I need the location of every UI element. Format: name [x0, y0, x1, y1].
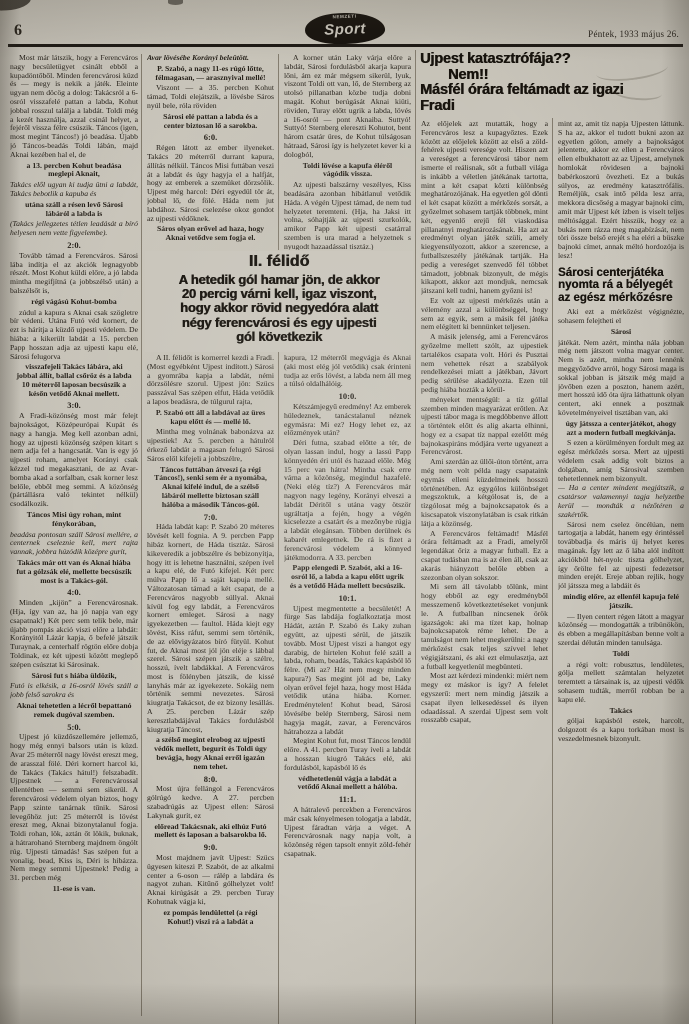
paragraph: Háda labdát kap: P. Szabó 20 méteres löv… [147, 523, 274, 734]
italic-note: — Ha a center mindent megjátszik, a csat… [558, 484, 684, 519]
score-line: 2:0. [10, 241, 138, 250]
bold-note: védhetetlenül vágja a labdát a vetődő Ak… [284, 775, 411, 793]
italic-note: beadása pontosan száll Sárosi mellére, a… [10, 531, 138, 557]
paragraph: Kétszámjegyű eredmény! Az emberek hülede… [284, 403, 411, 438]
paragraph: A másik jelenség, ami a Ferencváros győz… [421, 333, 548, 395]
bold-note: Sárosi fut s hiába üldözik, [10, 672, 138, 681]
column-3-top: A korner után Laky várja előre a labdát,… [284, 54, 411, 250]
headline-line: gól következik [145, 330, 413, 344]
headline-line: Fradi [420, 99, 686, 115]
bold-note: P. Szabó ott áll a labdával az üres kapu… [147, 409, 274, 427]
score-line: 7:0. [147, 513, 274, 522]
masthead-small-text: NEMZETI [332, 14, 356, 20]
paragraph: A II. félidőt is kornerrel kezdi a Fradi… [147, 354, 274, 407]
bold-note: úgy játssza a centerjátékot, ahogy azt a… [558, 420, 684, 438]
score-line: 11:1. [284, 795, 411, 804]
player-name: Toldi [558, 650, 684, 659]
bold-note: Táncos Misi úgy rohan, mint fénykorában, [10, 511, 138, 529]
paragraph: S ezen a körülményen fordult meg az egés… [558, 439, 684, 483]
bold-note: Toldi lövése a kapufa éléről vágódik vis… [284, 162, 411, 180]
paragraph: A korner után Laky várja előre a labdát,… [284, 54, 411, 160]
player-name: Sárosi [558, 328, 684, 337]
bold-note: Sáros olyan erővel ad haza, hogy Aknai v… [147, 225, 274, 243]
italic-note: (Takács jellegzetes tétlen leadását a bí… [10, 220, 138, 238]
column-rule [278, 352, 279, 1024]
paragraph: Ujpest jó küzdőszellemére jellemző, hogy… [10, 733, 138, 883]
paragraph: Régen látott az ember ilyeneket. Takács … [147, 144, 274, 223]
paragraph: — Ilyen centert régen látott a magyar kö… [558, 613, 684, 648]
score-line: 10:1. [284, 594, 411, 603]
paragraph: a régi volt: robusztus, lendületes, gólj… [558, 661, 684, 705]
paragraph: Minden „kijön” a Ferencvárosnak. (Hja, í… [10, 599, 138, 669]
bold-note: P. Szabó, a nagy 11-es rúgó lőtte, félma… [147, 65, 274, 83]
section-kicker: II. félidő [145, 253, 413, 270]
bold-note: Sárosi elé pattan a labda és a center bi… [147, 113, 274, 131]
score-line: 8:0. [147, 775, 274, 784]
column-2-top: Avar lövésébe Korányi beleütött.P. Szabó… [147, 54, 274, 250]
second-half-headline: II. félidő A hetedik gól hamar jön, de a… [145, 251, 413, 352]
bold-note: Aknai tehetetlen a lécről bepattanó reme… [10, 702, 138, 720]
score-line: 4:0. [10, 588, 138, 597]
score-line: 3:0. [10, 401, 138, 410]
paragraph: A hátralevő percekben a Ferencváros már … [284, 806, 411, 859]
masthead-logo: NEMZETI Sport [304, 12, 385, 46]
headline-line: 20 percig várni kell, igaz viszont, [145, 287, 413, 301]
paragraph: Megint Kohut fut, most Táncos lendül elő… [284, 737, 411, 772]
scan-smudge [0, 0, 31, 11]
newspaper-page: 6 NEMZETI Sport Péntek, 1933 május 26. M… [0, 0, 689, 1024]
score-line: 6:0. [147, 133, 274, 142]
bold-italic-note: Avar lövésébe Korányi beleütött. [147, 54, 274, 63]
score-line: 9:0. [147, 843, 274, 852]
paragraph: Sárosi nem cselez öncélúan, nem tartogat… [558, 521, 684, 591]
paragraph: Déri futna, szabad előtte a tér, de olya… [284, 439, 411, 562]
paragraph: góljai kapásból estek, harcolt, dolgozot… [558, 717, 684, 743]
headline-line: négy ferencvárosi és egy ujpesti [145, 316, 413, 330]
bold-note: visszafejeli Takács lábára, aki jobbal á… [10, 363, 138, 398]
column-4: Az előjelek azt mutatták, hogy a Ferencv… [421, 120, 548, 1024]
column-rule [278, 54, 279, 250]
column-1: Most már látszik, hogy a Ferencváros nag… [10, 54, 138, 1020]
paragraph: Ez volt az ujpesti mérkőzés után a vélem… [421, 297, 548, 332]
lead-paragraph: Az előjelek azt mutatták, hogy a Ferencv… [421, 120, 548, 296]
sub-headline: Sárosi centerjátéka nyomta rá a bélyegét… [558, 267, 684, 305]
bold-note: mindig előre, az ellenfél kapuja felé já… [558, 593, 684, 611]
bold-note: régi vágású Kohut-bomba [10, 298, 138, 307]
paragraph: zúdul a kapura s Aknai csak szögletre bí… [10, 309, 138, 362]
player-name: Takács [558, 707, 684, 716]
score-line: 5:0. [10, 723, 138, 732]
page-number: 6 [14, 22, 22, 40]
paragraph: Aki ezt a mérkőzést végignézte, sohasem … [558, 308, 684, 326]
lead-paragraph: játékát. Nem azért, mintha nála jobban m… [558, 339, 684, 418]
column-3-bottom: kapura, 12 méterről megvágja és Aknai (a… [284, 354, 411, 1024]
paragraph: Az ujpesti balszárny veszélyes, Kiss bea… [284, 181, 411, 250]
paragraph: Most újra fellángol a Ferencváros gólrúg… [147, 785, 274, 820]
headline-line: A hetedik gól hamar jön, de akkor [145, 273, 413, 287]
column-rule [415, 50, 416, 1024]
bold-note: Papp elengedi P. Szabót, aki a 16-osról … [284, 564, 411, 590]
lead-paragraph: mint az, amit tíz napja Ujpesten láttunk… [558, 120, 684, 261]
bold-note: Táncos futtában átveszi (a régi Táncos!)… [147, 466, 274, 510]
bold-note: Takács már ott van és Aknai hiába fut a … [10, 559, 138, 585]
bold-note: ez pompás lendülettel (a régi Kohut!) vi… [147, 909, 274, 927]
paragraph: Tovább támad a Ferencváros. Sárosi lába … [10, 252, 138, 296]
paragraph: Most azt kérdezi mindenki: miért nem meg… [421, 672, 548, 725]
bold-note: utána száll a résen levő Sárosi lábáról … [10, 201, 138, 219]
bold-note: előread Takácsnak, aki elhúz Futó mellet… [147, 823, 274, 841]
masthead-title: Sport [323, 20, 365, 38]
paragraph: Most majdnem javít Ujpest: Szücs ügyesen… [147, 854, 274, 907]
lead-paragraph: kapura, 12 méterről megvágja és Aknai (a… [284, 354, 411, 389]
column-2-bottom: A II. félidőt is kornerrel kezdi a Fradi… [147, 354, 274, 1024]
bold-note: a szélső megint elrobog az ujpesti védők… [147, 736, 274, 771]
scan-smudge [168, 0, 183, 5]
header-rule [8, 44, 683, 47]
bold-note: a 13. percben Kohut beadása meglepi Akna… [10, 162, 138, 180]
column-5: mint az, amit tíz napja Ujpesten láttunk… [558, 120, 684, 1024]
paragraph: A Fradi-közönség most már felejt bajnoks… [10, 412, 138, 509]
italic-note: Takács elől ugyan ki tudja ütni a labdát… [10, 181, 138, 199]
paragraph: Mintha meg volnának babonázva az ujpesti… [147, 428, 274, 463]
column-rule [552, 118, 553, 1024]
paragraph: ményeket mentségül: a tíz góllal szemben… [421, 396, 548, 458]
headline-line: hogy akkor rövid negyedóra alatt [145, 301, 413, 315]
paragraph: Viszont — a 35. percben Kohut támad, Tol… [147, 84, 274, 110]
paragraph: Ami szerdán az üllői-úton történt, arra … [421, 458, 548, 528]
column-rule [141, 54, 142, 1016]
italic-note: Futó is elkésik, a 16-osról lövés száll … [10, 682, 138, 700]
bold-note: 11-ese is van. [10, 885, 138, 894]
paragraph: A Ferencváros feltámadt! Másfél órára fe… [421, 530, 548, 583]
paragraph: Ujpest megmentette a becsületét! A fürge… [284, 605, 411, 737]
paragraph: Most már látszik, hogy a Ferencváros nag… [10, 54, 138, 160]
issue-date: Péntek, 1933 május 26. [588, 29, 679, 39]
score-line: 10:0. [284, 392, 411, 401]
paragraph: Mi sem áll távolabb tőlünk, mint hogy eb… [421, 583, 548, 671]
